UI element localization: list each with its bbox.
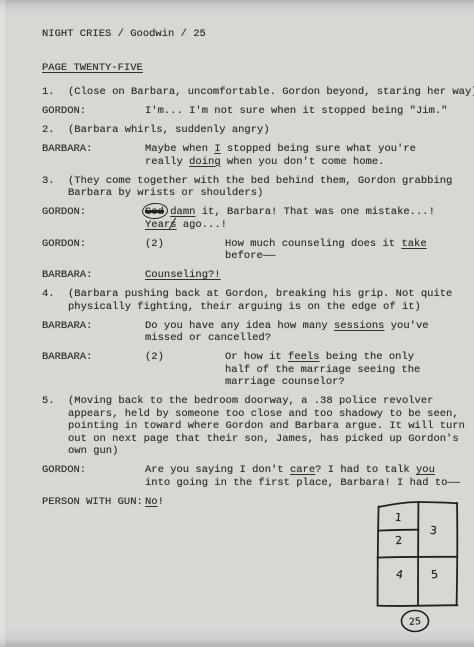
text-segment: (Barbara pushing back at Gordon, breakin… bbox=[68, 288, 452, 300]
dialogue-line: How much counseling does it take bbox=[225, 238, 462, 251]
text-segment: (Barbara whirls, suddenly angry) bbox=[68, 124, 270, 136]
direction-line: physically fighting, their arguing is on… bbox=[68, 301, 462, 314]
scene-direction: 4.(Barbara pushing back at Gordon, break… bbox=[42, 288, 462, 313]
script-page: NIGHT CRIES / Goodwin / 25 PAGE TWENTY-F… bbox=[0, 0, 474, 647]
dialogue-text: God damn it, Barbara! That was one mista… bbox=[145, 206, 462, 231]
text-segment: I'm... I'm not sure when it stopped bein… bbox=[145, 105, 447, 117]
dialogue-line: Or how it feels being the only bbox=[225, 351, 462, 364]
dialogue-line: Years ago...! bbox=[145, 219, 462, 232]
text-segment: doing bbox=[189, 156, 221, 168]
dialogue-line: marriage counselor? bbox=[225, 376, 462, 389]
dialogue-line: Counseling?! bbox=[145, 269, 462, 282]
direction-line: (Barbara pushing back at Gordon, breakin… bbox=[68, 288, 462, 301]
text-segment: care bbox=[290, 464, 315, 476]
dialogue-block: GORDON:(2)How much counseling does it ta… bbox=[42, 238, 462, 263]
dialogue-text: Maybe when I stopped being sure what you… bbox=[145, 143, 462, 168]
text-segment: appears, held by someone too close and t… bbox=[68, 408, 459, 420]
text-segment: marriage counselor? bbox=[225, 376, 345, 388]
text-segment: damn bbox=[170, 206, 195, 218]
scene-number: 1. bbox=[42, 86, 68, 99]
text-segment: (Close on Barbara, uncomfortable. Gordon… bbox=[68, 86, 474, 98]
scene-direction: 3.(They come together with the bed behin… bbox=[42, 175, 462, 200]
dialogue-line: before—— bbox=[225, 250, 462, 263]
panel-number-3: 3 bbox=[429, 524, 438, 538]
text-segment: Do you have any idea how many bbox=[145, 320, 334, 332]
text-segment: ago...! bbox=[177, 219, 227, 231]
take-cue: (2) bbox=[145, 351, 225, 364]
scene-number: 5. bbox=[42, 395, 68, 408]
text-segment: you bbox=[416, 464, 435, 476]
text-segment: Barbara by wrists or shoulders) bbox=[68, 187, 263, 199]
dialogue-line: Maybe when I stopped being sure what you… bbox=[145, 143, 462, 156]
text-segment: Are you saying I don't bbox=[145, 464, 290, 476]
text-segment: s bbox=[170, 219, 176, 231]
speaker-label: BARBARA: bbox=[42, 143, 145, 156]
text-segment: Year bbox=[145, 219, 170, 231]
speaker-label: GORDON: bbox=[42, 105, 145, 118]
text-segment: own gun) bbox=[68, 445, 118, 457]
text-segment: you've bbox=[384, 320, 428, 332]
scene-direction: 2.(Barbara whirls, suddenly angry) bbox=[42, 124, 462, 137]
dialogue-text: Are you saying I don't care? I had to ta… bbox=[145, 464, 462, 489]
direction-line: pointing in toward where Gordon and Barb… bbox=[68, 420, 462, 433]
dialogue-line: really doing when you don't come home. bbox=[145, 156, 462, 169]
direction-line: own gun) bbox=[68, 445, 462, 458]
dialogue-block: BARBARA:(2)Or how it feels being the onl… bbox=[42, 351, 462, 389]
text-segment: into going in the first place, Barbara! … bbox=[145, 477, 460, 489]
dialogue-line: missed or cancelled? bbox=[145, 332, 462, 345]
dialogue-line: half of the marriage seeing the bbox=[225, 364, 462, 377]
text-segment: pointing in toward where Gordon and Barb… bbox=[68, 420, 465, 432]
dialogue-text: How much counseling does it takebefore—— bbox=[225, 238, 462, 263]
speaker-label: BARBARA: bbox=[42, 269, 145, 282]
scene-direction: 5.(Moving back to the bedroom doorway, a… bbox=[42, 395, 462, 458]
text-segment: (They come together with the bed behind … bbox=[68, 175, 452, 187]
dialogue-text: I'm... I'm not sure when it stopped bein… bbox=[145, 105, 462, 118]
speaker-label: BARBARA: bbox=[42, 351, 145, 364]
direction-text: (Barbara pushing back at Gordon, breakin… bbox=[68, 288, 462, 313]
speaker-label: BARBARA: bbox=[42, 320, 145, 333]
panel-number-5: 5 bbox=[430, 568, 438, 582]
dialogue-line: into going in the first place, Barbara! … bbox=[145, 477, 462, 490]
page-title: PAGE TWENTY-FIVE bbox=[42, 62, 462, 75]
dialogue-line: Do you have any idea how many sessions y… bbox=[145, 320, 462, 333]
dialogue-block: GORDON:God damn it, Barbara! That was on… bbox=[42, 206, 462, 231]
panel-number-1: 1 bbox=[394, 511, 402, 525]
scene-direction: 1.(Close on Barbara, uncomfortable. Gord… bbox=[42, 86, 462, 99]
speaker-label: GORDON: bbox=[42, 464, 145, 477]
direction-line: out on next page that their son, James, … bbox=[68, 433, 462, 446]
direction-line: appears, held by someone too close and t… bbox=[68, 408, 462, 421]
scene-number: 4. bbox=[42, 288, 68, 301]
text-segment: when you don't come home. bbox=[221, 156, 385, 168]
text-segment: Maybe when bbox=[145, 143, 214, 155]
direction-text: (Moving back to the bedroom doorway, a .… bbox=[68, 395, 462, 458]
scratched-word: God bbox=[145, 206, 164, 218]
text-segment: Or how it bbox=[225, 351, 288, 363]
speaker-label: GORDON: bbox=[42, 238, 145, 251]
direction-text: (Barbara whirls, suddenly angry) bbox=[68, 124, 462, 137]
dialogue-text: Counseling?! bbox=[145, 269, 462, 282]
panel-number-4: 4 bbox=[395, 568, 404, 582]
text-segment: before—— bbox=[225, 250, 275, 262]
panel-box bbox=[377, 502, 457, 606]
script-blocks: 1.(Close on Barbara, uncomfortable. Gord… bbox=[42, 86, 462, 508]
dialogue-line: I'm... I'm not sure when it stopped bein… bbox=[145, 105, 462, 118]
text-segment: take bbox=[401, 238, 426, 250]
text-segment: missed or cancelled? bbox=[145, 332, 271, 344]
direction-text: (Close on Barbara, uncomfortable. Gordon… bbox=[68, 86, 462, 99]
direction-text: (They come together with the bed behind … bbox=[68, 175, 462, 200]
circled-page-number: 25 bbox=[409, 616, 422, 628]
speaker-label: GORDON: bbox=[42, 206, 145, 219]
dialogue-block: GORDON:Are you saying I don't care? I ha… bbox=[42, 464, 462, 489]
page-content: NIGHT CRIES / Goodwin / 25 PAGE TWENTY-F… bbox=[42, 28, 462, 508]
text-segment: it, Barbara! That was one mistake...! bbox=[195, 206, 434, 218]
text-segment: ! bbox=[158, 496, 164, 508]
text-segment: out on next page that their son, James, … bbox=[68, 433, 459, 445]
direction-line: (They come together with the bed behind … bbox=[68, 175, 462, 188]
text-segment: sessions bbox=[334, 320, 384, 332]
dialogue-block: BARBARA:Counseling?! bbox=[42, 269, 462, 282]
scene-number: 3. bbox=[42, 175, 68, 188]
panel-number-2: 2 bbox=[395, 534, 403, 547]
dialogue-line: God damn it, Barbara! That was one mista… bbox=[145, 206, 462, 219]
dialogue-text: Or how it feels being the onlyhalf of th… bbox=[225, 351, 462, 389]
dialogue-block: GORDON:I'm... I'm not sure when it stopp… bbox=[42, 105, 462, 118]
text-segment: stopped being sure what you're bbox=[221, 143, 416, 155]
text-segment: feels bbox=[288, 351, 320, 363]
dialogue-block: BARBARA:Do you have any idea how many se… bbox=[42, 320, 462, 345]
direction-line: Barbara by wrists or shoulders) bbox=[68, 187, 462, 200]
dialogue-line: Are you saying I don't care? I had to ta… bbox=[145, 464, 462, 477]
page-header: NIGHT CRIES / Goodwin / 25 bbox=[42, 28, 462, 41]
text-segment: (Moving back to the bedroom doorway, a .… bbox=[68, 395, 433, 407]
take-cue: (2) bbox=[145, 238, 225, 251]
text-segment: No bbox=[145, 496, 158, 508]
direction-line: (Close on Barbara, uncomfortable. Gordon… bbox=[68, 86, 462, 99]
text-segment: really bbox=[145, 156, 189, 168]
speaker-label: PERSON WITH GUN: bbox=[42, 496, 145, 509]
text-segment: physically fighting, their arguing is on… bbox=[68, 301, 421, 313]
dialogue-text: Do you have any idea how many sessions y… bbox=[145, 320, 462, 345]
text-segment: How much counseling does it bbox=[225, 238, 401, 250]
panel-layout-sketch: 1 2 3 4 5 25 bbox=[368, 494, 474, 646]
direction-line: (Moving back to the bedroom doorway, a .… bbox=[68, 395, 462, 408]
scene-number: 2. bbox=[42, 124, 68, 137]
text-segment: being the only bbox=[320, 351, 415, 363]
text-segment: Counseling?! bbox=[145, 269, 221, 281]
text-segment: half of the marriage seeing the bbox=[225, 364, 420, 376]
text-segment: ? I had to talk bbox=[315, 464, 416, 476]
dialogue-block: BARBARA:Maybe when I stopped being sure … bbox=[42, 143, 462, 168]
direction-line: (Barbara whirls, suddenly angry) bbox=[68, 124, 462, 137]
